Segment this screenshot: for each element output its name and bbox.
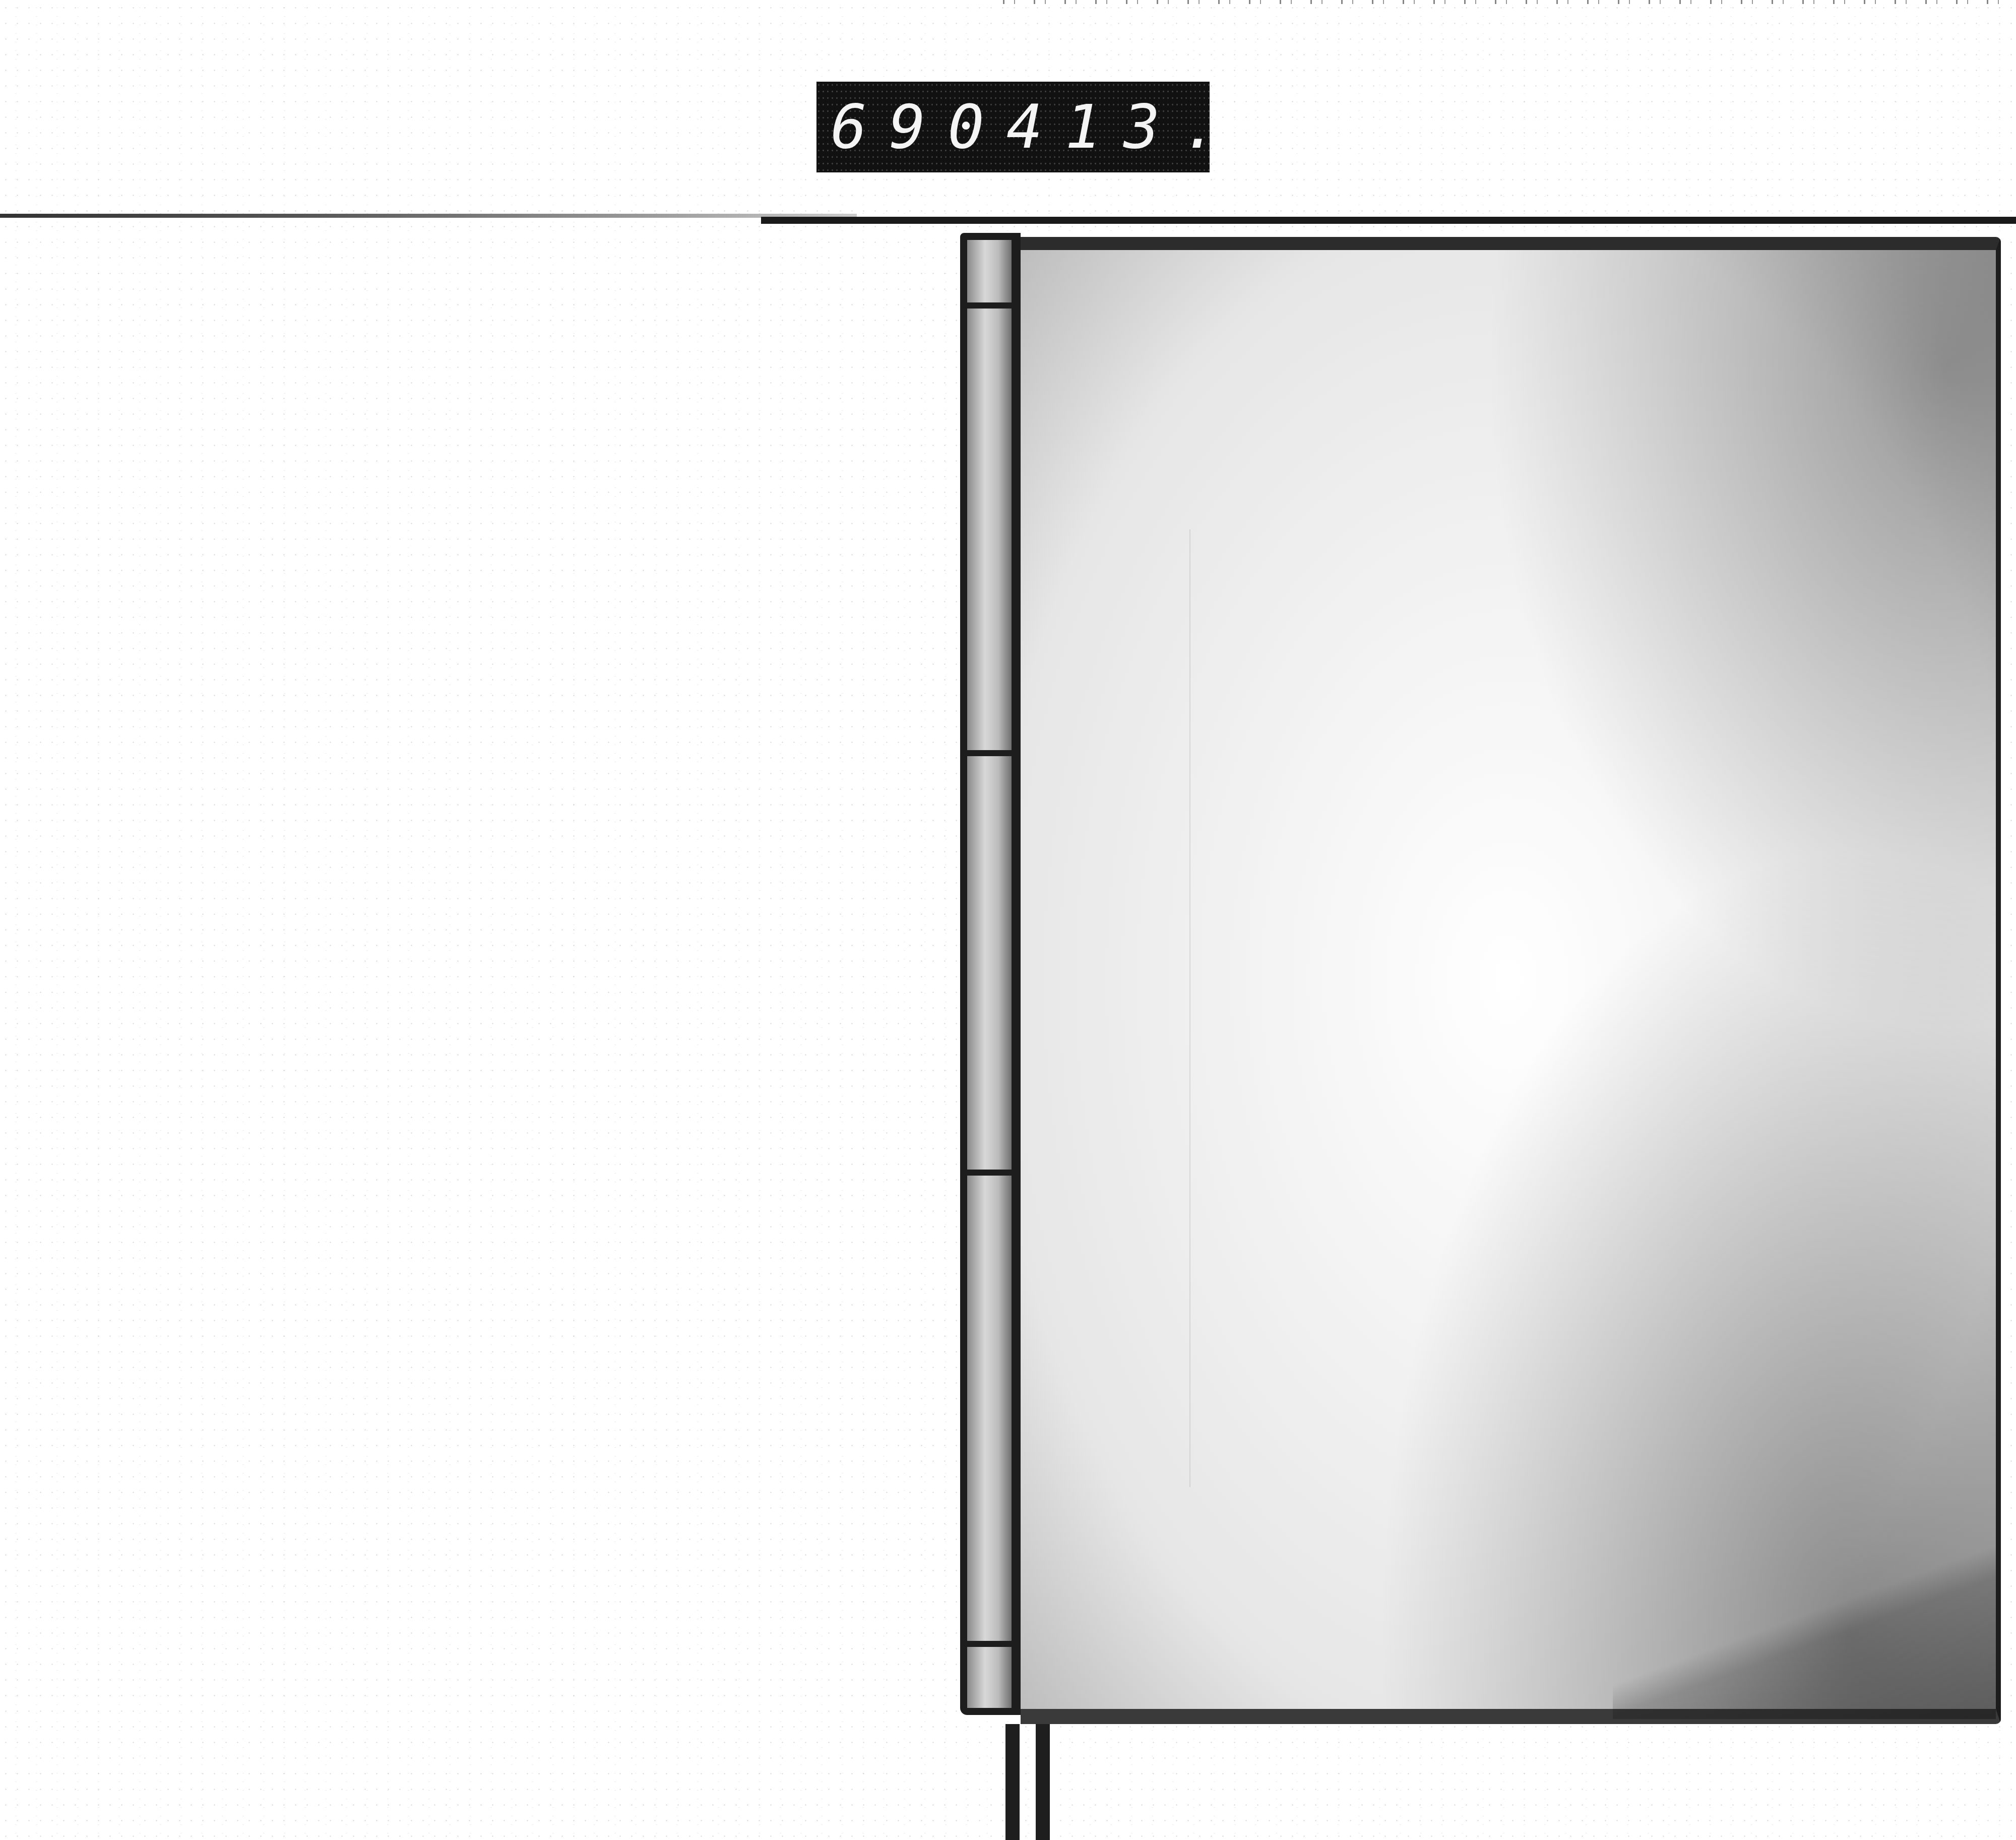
- binding-stitch: [960, 1170, 1021, 1176]
- binding-cord: [1036, 1724, 1050, 1840]
- microfilm-frame-label: 690 413.: [816, 82, 1210, 172]
- binding-stitch: [960, 302, 1021, 309]
- scan-edge-artifact: [1003, 0, 2016, 4]
- frame-number-left: 690: [831, 92, 1006, 162]
- binding-stitch: [960, 1641, 1021, 1647]
- frame-number-right: 413.: [1006, 92, 1241, 162]
- book-cover: [1021, 237, 2001, 1724]
- book-spine-binding: [960, 233, 1021, 1715]
- binding-cord: [1005, 1724, 1020, 1840]
- film-edge-line-left: [0, 214, 857, 218]
- film-edge-line-right: [761, 217, 2016, 224]
- binding-stitch: [960, 750, 1021, 756]
- faded-title-slip: [1189, 529, 1190, 1487]
